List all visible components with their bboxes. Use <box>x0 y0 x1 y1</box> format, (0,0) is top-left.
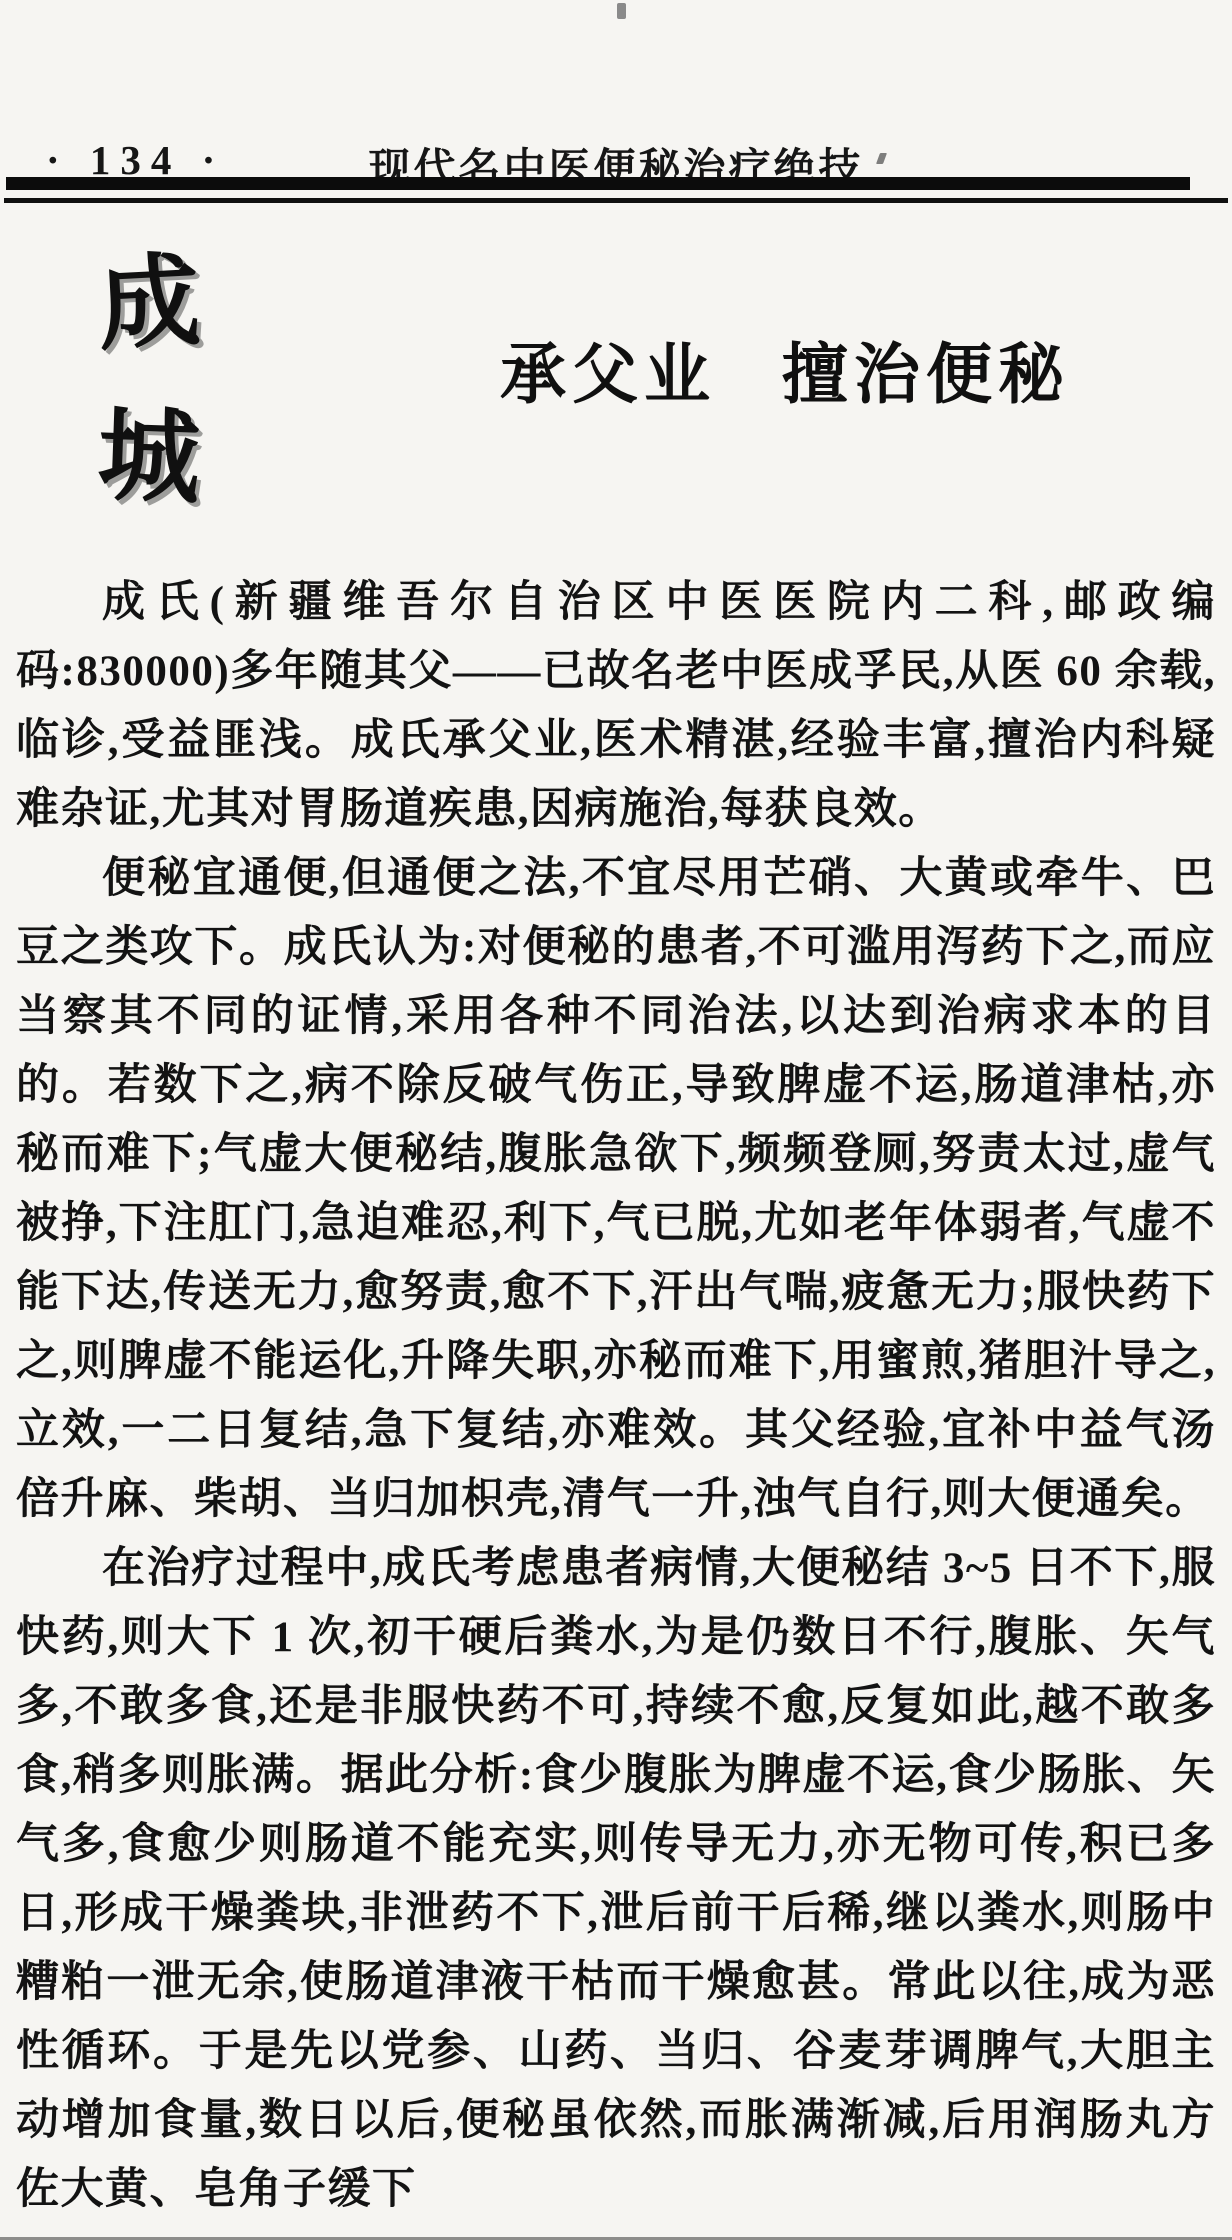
body-text: 成氏(新疆维吾尔自治区中医医院内二科,邮政编码:830000)多年随其父——已故… <box>16 568 1216 2224</box>
scan-speck-top <box>617 3 626 19</box>
section-title-part-2: 擅治便秘 <box>782 338 1070 414</box>
author-name-block: 成 城 <box>98 252 200 508</box>
header-rule-thick <box>6 177 1190 190</box>
book-page: · 134 · 现代名中医便秘治疗绝技 成 城 承父业 擅治便秘 成氏(新疆维吾… <box>0 0 1232 2240</box>
author-name-char-1: 成 <box>95 249 202 356</box>
paragraph-intro: 成氏(新疆维吾尔自治区中医医院内二科,邮政编码:830000)多年随其父——已故… <box>16 568 1216 844</box>
section-title-part-1: 承父业 <box>500 338 716 414</box>
paragraph-treatment-principle: 便秘宜通便,但通便之法,不宜尽用芒硝、大黄或牵牛、巴豆之类攻下。成氏认为:对便秘… <box>16 844 1216 1534</box>
paragraph-case-analysis: 在治疗过程中,成氏考虑患者病情,大便秘结 3~5 日不下,服快药,则大下 1 次… <box>16 1534 1216 2224</box>
section-title: 承父业 擅治便秘 <box>500 338 1070 414</box>
author-name-char-2: 城 <box>96 404 201 509</box>
header-rule-thin <box>4 198 1228 203</box>
